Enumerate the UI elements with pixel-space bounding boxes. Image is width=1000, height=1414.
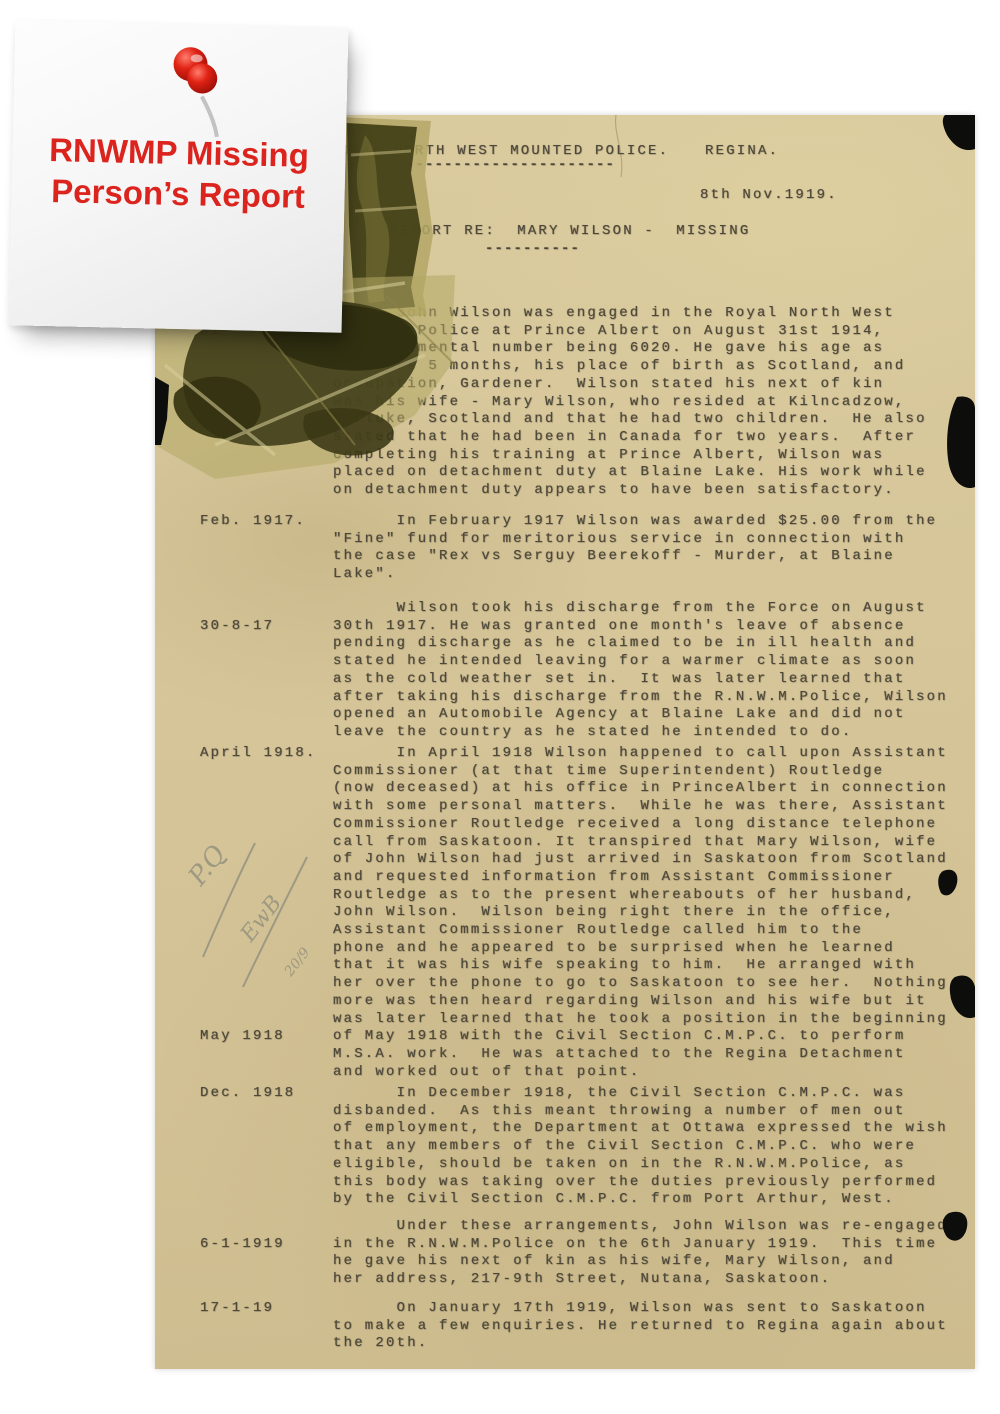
pencil-annotation: P.Q EwB 20/9 — [182, 840, 313, 987]
margin-date-6-1-1919: 6-1-1919 — [200, 1236, 285, 1254]
tear-right-upper — [947, 397, 975, 489]
document-date: 8th Nov.1919. — [700, 187, 838, 205]
paragraph-discharge: Wilson took his discharge from the Force… — [333, 600, 948, 742]
margin-date-may-1918: May 1918 — [200, 1028, 285, 1046]
sticky-note: RNWMP Missing Person’s Report — [9, 20, 349, 332]
document-location: REGINA. — [705, 143, 779, 161]
paragraph-fine-award: In February 1917 Wilson was awarded $25.… — [333, 513, 937, 584]
margin-date-30-8-17: 30-8-17 — [200, 618, 274, 636]
document-subject: REPORT RE: MARY WILSON - MISSING — [390, 223, 750, 241]
pushpin-icon — [155, 33, 247, 145]
tear-left-edge — [155, 377, 169, 445]
tear-right-mid — [950, 975, 975, 1018]
note-title-line2: Person’s Report — [11, 169, 345, 218]
svg-text:20/9: 20/9 — [281, 945, 314, 980]
paragraph-reengagement: Under these arrangements, John Wilson wa… — [333, 1218, 948, 1289]
margin-date-april-1918: April 1918. — [200, 745, 317, 763]
paragraph-dec-1918: In December 1918, the Civil Section C.M.… — [333, 1085, 948, 1209]
paragraph-engagement: John Wilson was engaged in the Royal Nor… — [333, 305, 927, 500]
margin-date-dec-1918: Dec. 1918 — [200, 1085, 295, 1103]
subject-underline: ---------- — [485, 241, 580, 259]
margin-date-17-1-19: 17-1-19 — [200, 1300, 274, 1318]
svg-text:EwB: EwB — [235, 891, 287, 947]
svg-text:P.Q: P.Q — [182, 840, 232, 892]
paragraph-jan-17-1919: On January 17th 1919, Wilson was sent to… — [333, 1300, 948, 1353]
org-underline: ------------------------------ — [330, 157, 615, 175]
page: ROYAL NORTH WEST MOUNTED POLICE. REGINA.… — [0, 0, 1000, 1414]
margin-date-feb-1917: Feb. 1917. — [200, 513, 306, 531]
tear-top-right — [943, 115, 975, 150]
paragraph-april-1918: In April 1918 Wilson happened to call up… — [333, 745, 948, 1081]
